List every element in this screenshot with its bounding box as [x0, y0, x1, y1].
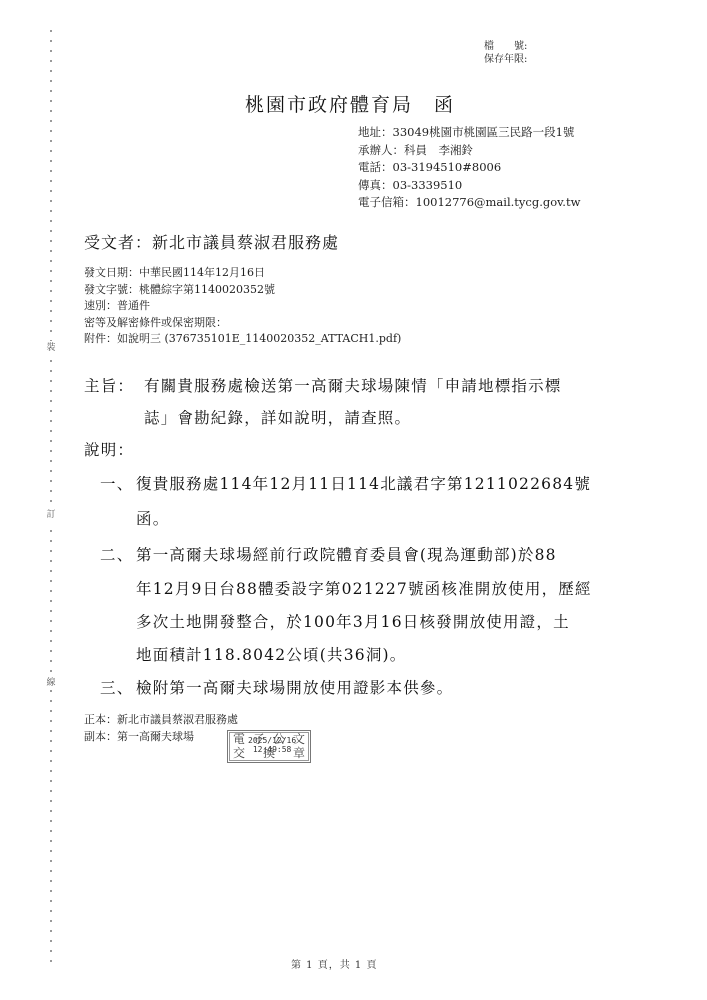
explanation-item-2-marker: 二、	[100, 543, 133, 565]
address: 地址：33049桃園市桃園區三民路一段1號	[358, 124, 580, 142]
binding-mark-ding: 訂	[44, 508, 58, 522]
delivery-speed: 速別：普通件	[84, 298, 401, 315]
archive-info: 檔 號: 保存年限:	[484, 40, 527, 66]
retention-period-label: 保存年限:	[484, 53, 527, 66]
explanation-label: 說明：	[84, 438, 134, 460]
binding-mark-xian: 線	[44, 676, 58, 690]
binding-dotted-line	[50, 30, 52, 970]
document-number: 發文字號：桃體綜字第1140020352號	[84, 282, 401, 299]
explanation-item-1-line: 函。	[136, 507, 169, 529]
explanation-item-3-line: 檢附第一高爾夫球場開放使用證影本供參。	[136, 676, 453, 698]
stamp-date: 2025/12/16	[248, 736, 296, 745]
issue-date: 發文日期：中華民國114年12月16日	[84, 265, 401, 282]
explanation-item-2-line: 地面積計118.8042公頃(共36洞)。	[136, 643, 406, 665]
recipient: 受文者：新北市議員蔡淑君服務處	[84, 230, 339, 253]
subject-line-2: 誌」會勘紀錄，詳如說明，請查照。	[144, 406, 411, 428]
page-number: 第 1 頁，共 1 頁	[291, 956, 377, 971]
subject-label: 主旨：	[84, 374, 134, 396]
original-recipient: 正本：新北市議員蔡淑君服務處	[84, 711, 238, 728]
stamp-char: 電	[233, 732, 245, 746]
explanation-item-2-line: 第一高爾夫球場經前行政院體育委員會(現為運動部)於88	[136, 543, 557, 565]
document-title: 桃園市政府體育局 函	[245, 90, 455, 117]
document-meta: 發文日期：中華民國114年12月16日 發文字號：桃體綜字第1140020352…	[84, 265, 401, 348]
file-number-label: 檔 號:	[484, 40, 527, 53]
explanation-item-1-line: 復貴服務處114年12月11日114北議君字第1211022684號	[136, 472, 591, 494]
stamp-char: 交	[233, 746, 245, 760]
attachment-link[interactable]: 附件：如說明三 (376735101E_1140020352_ATTACH1.p…	[84, 331, 401, 348]
handler: 承辦人：科員 李湘鈴	[358, 142, 580, 160]
explanation-item-1-marker: 一、	[100, 472, 133, 494]
distribution-list: 正本：新北市議員蔡淑君服務處 副本：第一高爾夫球場	[84, 711, 238, 745]
stamp-timestamp: 2025/12/16 12:49:58	[248, 736, 296, 754]
subject-line-1: 有關貴服務處檢送第一高爾夫球場陳情「申請地標指示標	[144, 374, 562, 396]
explanation-item-3-marker: 三、	[100, 676, 133, 698]
contact-block: 地址：33049桃園市桃園區三民路一段1號 承辦人：科員 李湘鈴 電話：03-3…	[358, 124, 580, 212]
explanation-item-2-line: 多次土地開發整合，於100年3月16日核發開放使用證，土	[136, 610, 570, 632]
phone: 電話：03-3194510#8006	[358, 159, 580, 177]
electronic-exchange-stamp: 電 子 公 文 交 換 章 2025/12/16 12:49:58	[227, 730, 311, 763]
security-level: 密等及解密條件或保密期限：	[84, 315, 401, 332]
stamp-time: 12:49:58	[248, 745, 296, 754]
fax: 傳真：03-3339510	[358, 177, 580, 195]
copy-recipient: 副本：第一高爾夫球場	[84, 728, 238, 745]
explanation-item-2-line: 年12月9日台88體委設字第021227號函核准開放使用，歷經	[136, 577, 592, 599]
email: 電子信箱：10012776@mail.tycg.gov.tw	[358, 194, 580, 212]
binding-mark-zhuang: 裝	[44, 341, 58, 355]
